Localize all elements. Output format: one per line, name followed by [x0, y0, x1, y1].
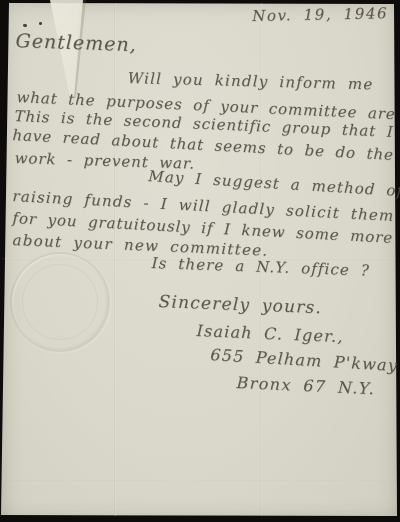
salutation: Gentlemen, [15, 30, 137, 56]
embossed-seal-inner-ring [22, 264, 98, 340]
letter-date: Nov. 19, 1946 [252, 4, 388, 25]
scan-background: Nov. 19, 1946 Gentlemen, Will you kindly… [0, 0, 400, 522]
ink-speck [39, 22, 42, 25]
embossed-seal [10, 252, 110, 352]
